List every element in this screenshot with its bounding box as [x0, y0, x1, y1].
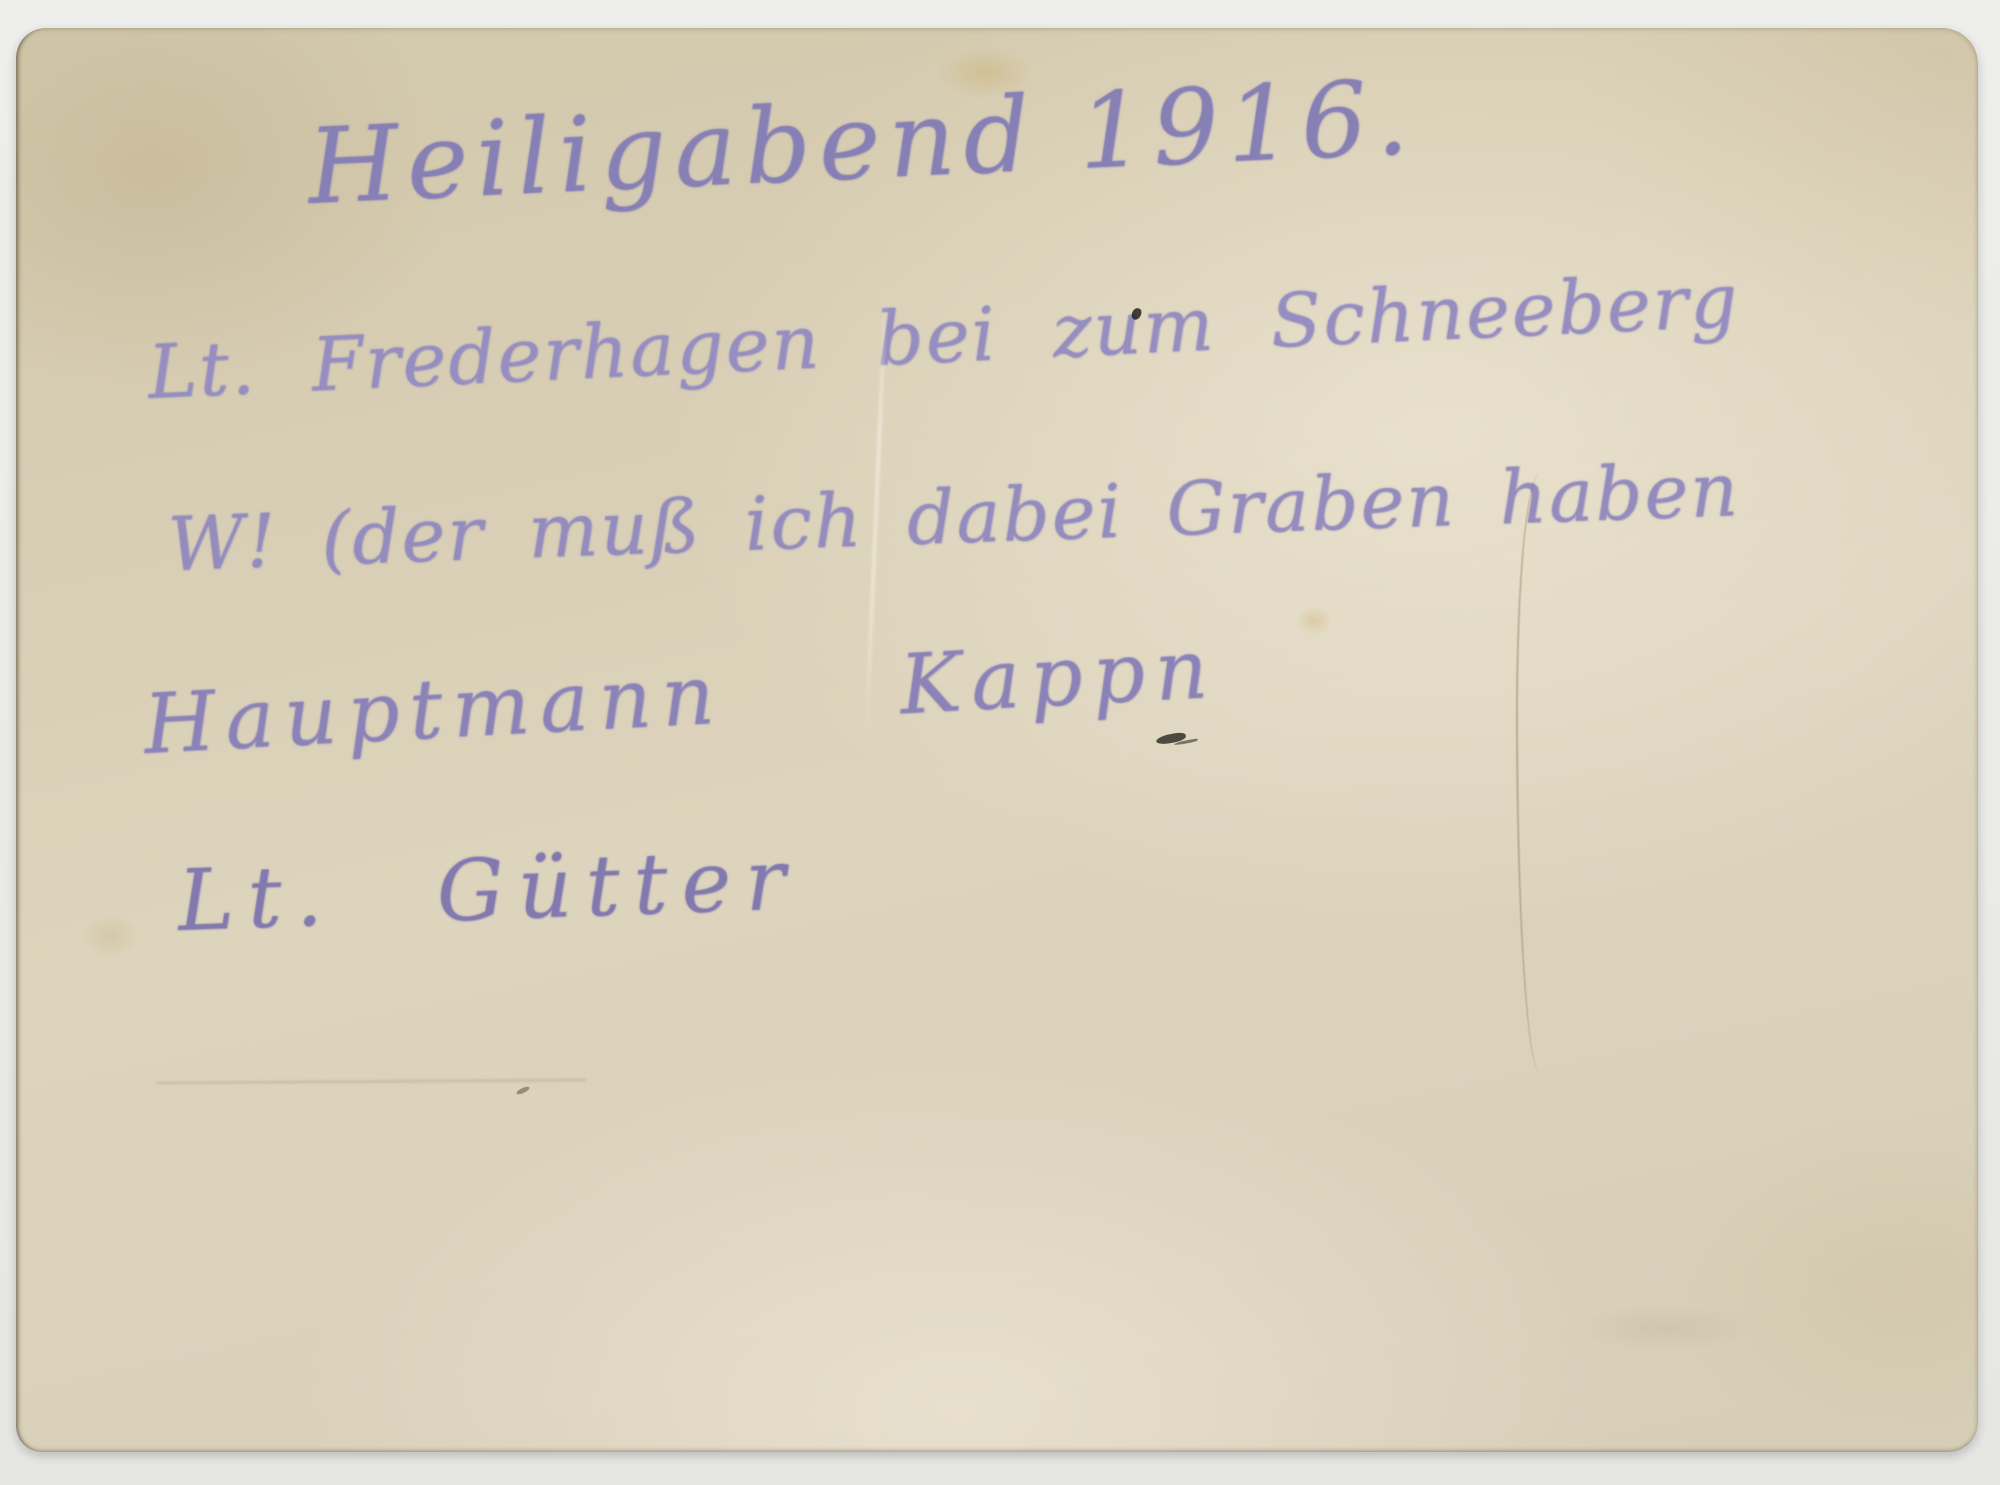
fiber-strand — [1516, 473, 1564, 1073]
age-stain — [76, 908, 146, 964]
dust-speck — [516, 1085, 531, 1095]
handwriting-line: Hauptmann Kappn — [142, 622, 1220, 773]
handwriting-title-line: Heiligabend 1916. — [305, 56, 1418, 228]
handwriting-line: Lt. Gütter — [176, 830, 801, 950]
crease-line — [156, 1078, 586, 1084]
age-stain — [1291, 603, 1337, 639]
handwriting-line: W! (der muß ich dabei Graben haben — [166, 447, 1741, 588]
handwriting-line: Lt. Frederhagen bei zum Schneeberg — [146, 258, 1741, 416]
smudge — [1556, 1298, 1776, 1358]
ink-speck — [1155, 731, 1186, 745]
photo-back-paper: Heiligabend 1916. Lt. Frederhagen bei zu… — [16, 28, 1978, 1452]
scanner-background: Heiligabend 1916. Lt. Frederhagen bei zu… — [0, 0, 2000, 1485]
